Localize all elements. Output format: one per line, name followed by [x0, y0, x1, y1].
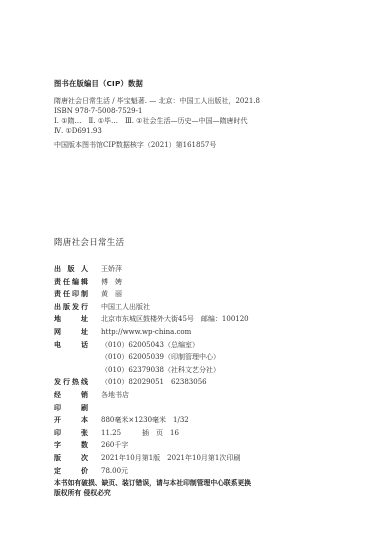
- info-label: 发行热线: [54, 376, 101, 389]
- publication-info: 出版人王娇萍责任编辑傅 娉责任印制黄 丽出版发行中国工人出版社地址北京市东城区鼓…: [54, 263, 354, 477]
- info-value: 78.00元: [101, 465, 128, 478]
- info-label: 责任印制: [54, 288, 101, 301]
- info-value: 中国工人出版社: [101, 301, 150, 314]
- info-label: 印刷: [54, 402, 101, 415]
- info-label: [54, 351, 101, 364]
- info-value: 各地书店: [101, 389, 129, 402]
- info-value: 2021年10月第1版 2021年10月第1次印刷: [101, 452, 240, 465]
- info-value: 11.25 插 页 16: [101, 427, 179, 440]
- info-label: 责任编辑: [54, 276, 101, 289]
- copyright-page: 图书在版编目（CIP）数据 隋唐社会日常生活 / 毕宝魁著. — 北京：中国工人…: [0, 0, 375, 543]
- info-value: （010）82029051 62383056: [101, 376, 207, 389]
- info-row: （010）62005039（印制管理中心）: [54, 351, 354, 364]
- info-value: （010）62005039（印制管理中心）: [101, 351, 220, 364]
- info-label: 经销: [54, 389, 101, 402]
- info-label: 电话: [54, 339, 101, 352]
- info-row: 印刷: [54, 402, 354, 415]
- info-value: 880毫米×1230毫米 1/32: [101, 414, 189, 427]
- info-row: 印张11.25 插 页 16: [54, 427, 354, 440]
- info-row: 电话（010）62005043（总编室）: [54, 339, 354, 352]
- info-label: 版次: [54, 452, 101, 465]
- notice-block: 本书如有破损、缺页、装订错误，请与本社印制管理中心联系更换 版权所有 侵权必究: [54, 478, 251, 498]
- info-label: 网址: [54, 326, 101, 339]
- info-label: 出版人: [54, 263, 101, 276]
- info-value: http://www.wp-china.com: [101, 326, 191, 339]
- info-row: （010）62379038（社科文艺分社）: [54, 364, 354, 377]
- info-label: 开本: [54, 414, 101, 427]
- info-value: 北京市东城区鼓楼外大街45号 邮编：100120: [101, 313, 249, 326]
- info-row: 责任印制黄 丽: [54, 288, 354, 301]
- info-label: 印张: [54, 427, 101, 440]
- info-row: 版次2021年10月第1版 2021年10月第1次印刷: [54, 452, 354, 465]
- info-value: （010）62379038（社科文艺分社）: [101, 364, 220, 377]
- cip-classification: Ⅰ. ①隋… Ⅱ. ①毕… Ⅲ. ①社会生活—历史—中国—隋唐时代: [54, 116, 354, 126]
- cip-isbn: ISBN 978-7-5008-7529-1: [54, 106, 354, 116]
- info-value: 王娇萍: [101, 263, 122, 276]
- info-row: 出版发行中国工人出版社: [54, 301, 354, 314]
- info-label: 地址: [54, 313, 101, 326]
- info-row: 经销各地书店: [54, 389, 354, 402]
- info-value: 傅 娉: [101, 276, 122, 289]
- info-row: 地址北京市东城区鼓楼外大街45号 邮编：100120: [54, 313, 354, 326]
- damage-notice: 本书如有破损、缺页、装订错误，请与本社印制管理中心联系更换: [54, 478, 251, 488]
- info-label: [54, 364, 101, 377]
- cip-classification-number: Ⅳ. ①D691.93: [54, 126, 354, 136]
- info-row: 定价78.00元: [54, 465, 354, 478]
- cip-title: 图书在版编目（CIP）数据: [54, 79, 354, 89]
- info-value: 黄 丽: [101, 288, 122, 301]
- info-row: 出版人王娇萍: [54, 263, 354, 276]
- cip-block: 图书在版编目（CIP）数据 隋唐社会日常生活 / 毕宝魁著. — 北京：中国工人…: [54, 79, 354, 150]
- info-value: 260千字: [101, 439, 128, 452]
- info-row: 责任编辑傅 娉: [54, 276, 354, 289]
- info-value: （010）62005043（总编室）: [101, 339, 199, 352]
- info-row: 字数260千字: [54, 439, 354, 452]
- book-title: 隋唐社会日常生活: [54, 236, 124, 248]
- info-row: 发行热线（010）82029051 62383056: [54, 376, 354, 389]
- cip-citation: 隋唐社会日常生活 / 毕宝魁著. — 北京：中国工人出版社，2021.8: [54, 96, 354, 106]
- info-label: 出版发行: [54, 301, 101, 314]
- info-label: 字数: [54, 439, 101, 452]
- cip-record-number: 中国版本图书馆CIP数据核字（2021）第161857号: [54, 140, 354, 150]
- rights-notice: 版权所有 侵权必究: [54, 488, 251, 498]
- info-label: 定价: [54, 465, 101, 478]
- info-row: 网址http://www.wp-china.com: [54, 326, 354, 339]
- info-row: 开本880毫米×1230毫米 1/32: [54, 414, 354, 427]
